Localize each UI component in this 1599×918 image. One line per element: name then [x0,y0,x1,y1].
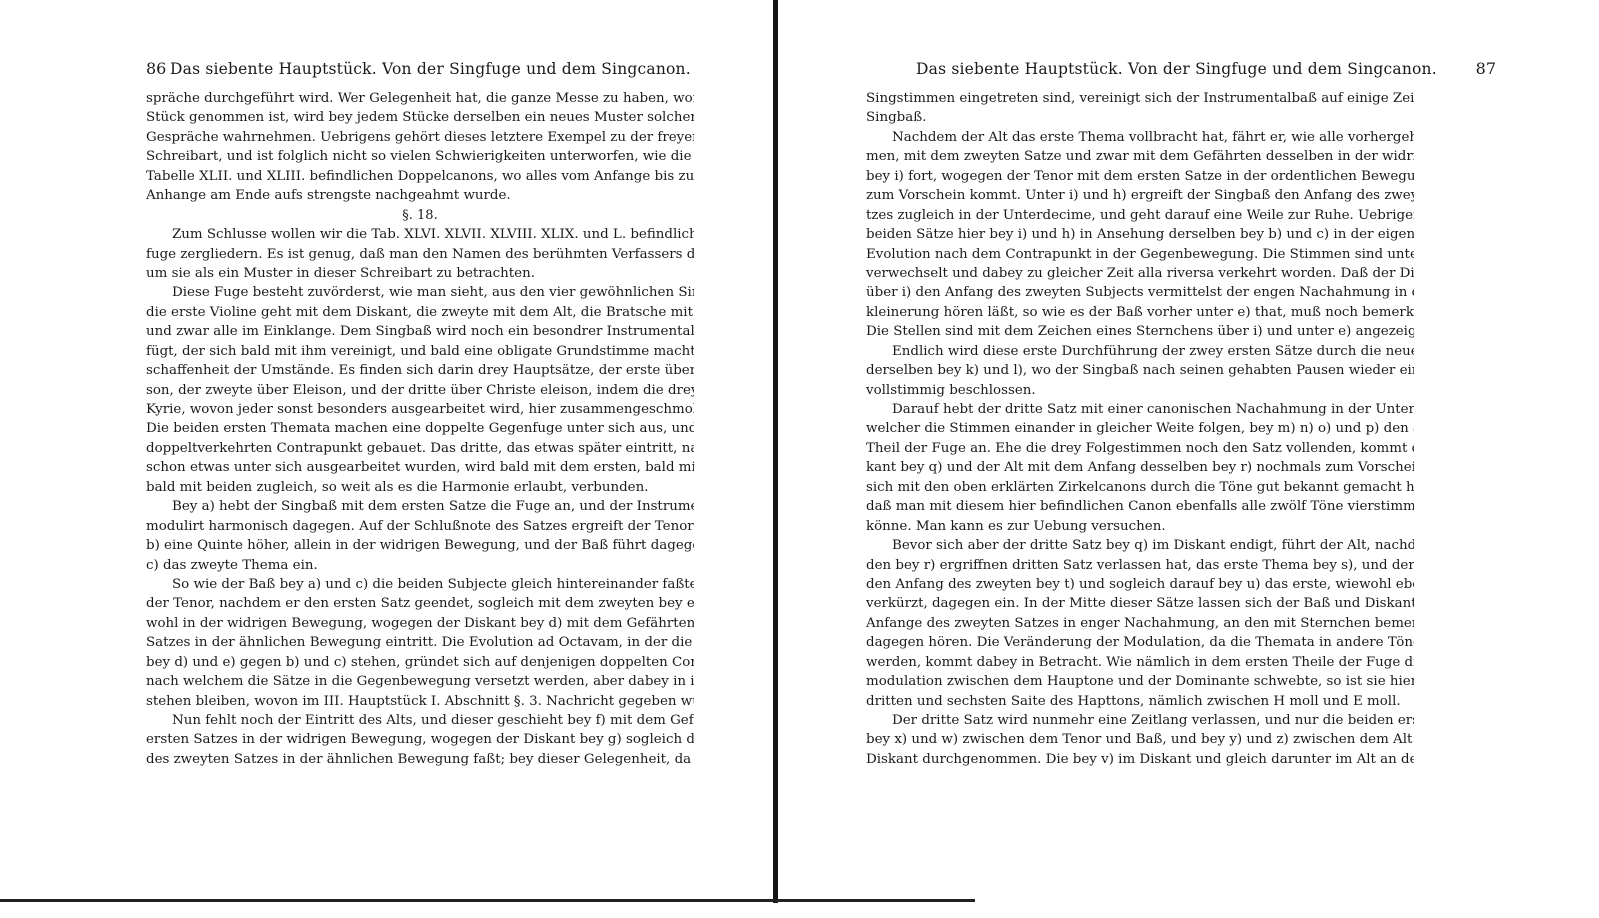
text-line: nach welchem die Sätze in die Gegenbeweg… [146,672,694,691]
text-line: Darauf hebt der dritte Satz mit einer ca… [866,400,1414,419]
text-line: über i) den Anfang des zweyten Subjects … [866,283,1414,302]
text-line: Stück genommen ist, wird bey jedem Stück… [146,108,694,127]
text-line: dritten und sechsten Saite des Hapttons,… [866,692,1414,711]
text-line: des zweyten Satzes in der ähnlichen Bewe… [146,750,694,769]
text-line: schaffenheit der Umstände. Es finden sic… [146,361,694,380]
text-line: Nachdem der Alt das erste Thema vollbrac… [866,128,1414,147]
page-number: 86 [146,58,166,80]
book-spread: 86 Das siebente Hauptstück. Von der Sing… [0,0,1599,918]
text-line: werden, kommt dabey in Betracht. Wie näm… [866,653,1414,672]
text-line: ersten Satzes in der widrigen Bewegung, … [146,730,694,749]
text-line: Theil der Fuge an. Ehe die drey Folgesti… [866,439,1414,458]
text-line: sich mit den oben erklärten Zirkelcanons… [866,478,1414,497]
text-line: c) das zweyte Thema ein. [146,556,694,575]
text-line: fügt, der sich bald mit ihm vereinigt, u… [146,342,694,361]
text-line: modulation zwischen dem Hauptone und der… [866,672,1414,691]
right-running-head: Das siebente Hauptstück. Von der Singfug… [866,58,1414,80]
text-line: verwechselt und dabey zu gleicher Zeit a… [866,264,1414,283]
text-line: dagegen hören. Die Veränderung der Modul… [866,633,1414,652]
text-line: Gespräche wahrnehmen. Uebrigens gehört d… [146,128,694,147]
text-line: bey x) und w) zwischen dem Tenor und Baß… [866,730,1414,749]
text-line: wohl in der widrigen Bewegung, wogegen d… [146,614,694,633]
text-line: fuge zergliedern. Es ist genug, daß man … [146,245,694,264]
text-line: der Tenor, nachdem er den ersten Satz ge… [146,594,694,613]
text-line: b) eine Quinte höher, allein in der widr… [146,536,694,555]
text-line: kant bey q) und der Alt mit dem Anfang d… [866,458,1414,477]
right-page: Das siebente Hauptstück. Von der Singfug… [779,0,1599,900]
text-line: bald mit beiden zugleich, so weit als es… [146,478,694,497]
text-line: doppeltverkehrten Contrapunkt gebauet. D… [146,439,694,458]
text-line: Schreibart, und ist folglich nicht so vi… [146,147,694,166]
text-line: Singstimmen eingetreten sind, vereinigt … [866,89,1414,108]
text-line: son, der zweyte über Eleison, und der dr… [146,381,694,400]
text-line: modulirt harmonisch dagegen. Auf der Sch… [146,517,694,536]
text-line: daß man mit diesem hier befindlichen Can… [866,497,1414,516]
running-head-title: Das siebente Hauptstück. Von der Singfug… [170,58,691,80]
text-line: und zwar alle im Einklange. Dem Singbaß … [146,322,694,341]
text-line: bey d) und e) gegen b) und c) stehen, gr… [146,653,694,672]
text-line: Zum Schlusse wollen wir die Tab. XLVI. X… [146,225,694,244]
text-line: Die beiden ersten Themata machen eine do… [146,419,694,438]
text-line: Singbaß. [866,108,1414,127]
text-line: derselben bey k) und l), wo der Singbaß … [866,361,1414,380]
text-line: die erste Violine geht mit dem Diskant, … [146,303,694,322]
text-line: vollstimmig beschlossen. [866,381,1414,400]
text-line: um sie als ein Muster in dieser Schreiba… [146,264,694,283]
left-body-text: spräche durchgeführt wird. Wer Gelegenhe… [146,89,694,769]
text-line: kleinerung hören läßt, so wie es der Baß… [866,303,1414,322]
text-line: stehen bleiben, wovon im III. Hauptstück… [146,692,694,711]
text-line: Anhange am Ende aufs strengste nachgeahm… [146,186,694,205]
text-line: den Anfang des zweyten bey t) und soglei… [866,575,1414,594]
text-line: verkürzt, dagegen ein. In der Mitte dies… [866,594,1414,613]
text-line: Diese Fuge besteht zuvörderst, wie man s… [146,283,694,302]
text-line: spräche durchgeführt wird. Wer Gelegenhe… [146,89,694,108]
section-heading: §. 18. [146,206,694,225]
running-head-title: Das siebente Hauptstück. Von der Singfug… [916,58,1437,80]
text-line: Anfange des zweyten Satzes in enger Nach… [866,614,1414,633]
left-page: 86 Das siebente Hauptstück. Von der Sing… [0,0,774,900]
text-line: Der dritte Satz wird nunmehr eine Zeitla… [866,711,1414,730]
text-line: schon etwas unter sich ausgearbeitet wur… [146,458,694,477]
text-line: So wie der Baß bey a) und c) die beiden … [146,575,694,594]
text-line: men, mit dem zweyten Satze und zwar mit … [866,147,1414,166]
text-line: bey i) fort, wogegen der Tenor mit dem e… [866,167,1414,186]
text-line: welcher die Stimmen einander in gleicher… [866,419,1414,438]
text-line: tzes zugleich in der Unterdecime, und ge… [866,206,1414,225]
text-line: Tabelle XLII. und XLIII. befindlichen Do… [146,167,694,186]
text-line: Nun fehlt noch der Eintritt des Alts, un… [146,711,694,730]
text-line: Evolution nach dem Contrapunkt in der Ge… [866,245,1414,264]
text-line: Kyrie, wovon jeder sonst besonders ausge… [146,400,694,419]
left-running-head: 86 Das siebente Hauptstück. Von der Sing… [146,58,694,80]
text-line: beiden Sätze hier bey i) und h) in Anseh… [866,225,1414,244]
page-number: 87 [1476,58,1496,80]
text-line: Diskant durchgenommen. Die bey v) im Dis… [866,750,1414,769]
text-line: den bey r) ergriffnen dritten Satz verla… [866,556,1414,575]
text-line: zum Vorschein kommt. Unter i) und h) erg… [866,186,1414,205]
text-line: Bey a) hebt der Singbaß mit dem ersten S… [146,497,694,516]
right-body-text: Singstimmen eingetreten sind, vereinigt … [866,89,1414,769]
text-line: Die Stellen sind mit dem Zeichen eines S… [866,322,1414,341]
text-line: Satzes in der ähnlichen Bewegung eintrit… [146,633,694,652]
text-line: könne. Man kann es zur Uebung versuchen. [866,517,1414,536]
book-gutter [773,0,778,903]
text-line: Bevor sich aber der dritte Satz bey q) i… [866,536,1414,555]
text-line: Endlich wird diese erste Durchführung de… [866,342,1414,361]
